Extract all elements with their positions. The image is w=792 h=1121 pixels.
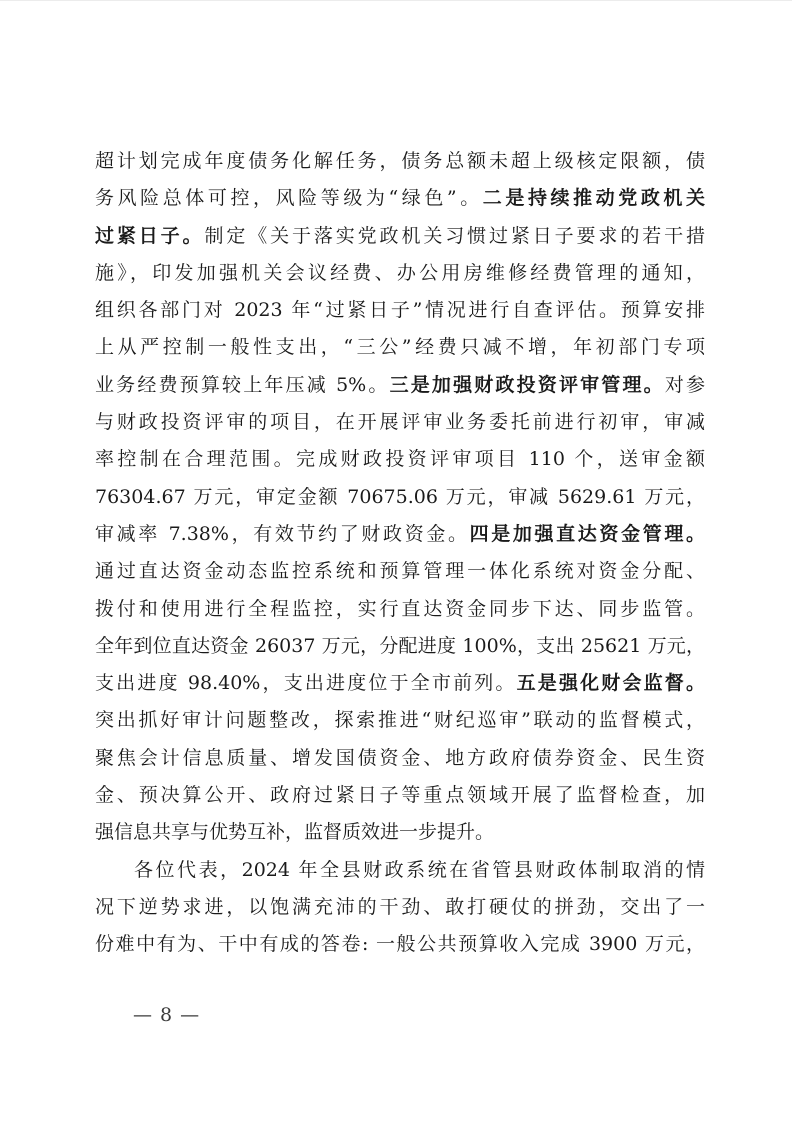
text-line: 与财政投资评审的项目，在开展评审业务委托前进行初审，审减 [95,404,705,441]
bold-heading-segment: 过紧日子。 [95,225,204,247]
text-segment: 务风险总体可控，风险等级为“绿色”。 [95,187,483,209]
text-line: 拨付和使用进行全程监控，实行直达资金同步下达、同步监管。 [95,591,705,628]
bold-heading-segment: 五是强化财会监督。 [517,672,705,694]
text-segment: 审减率 7.38%，有效节约了财政资金。 [95,523,470,545]
text-line: 超计划完成年度债务化解任务，债务总额未超上级核定限额，债 [95,143,705,180]
text-segment: 与财政投资评审的项目，在开展评审业务委托前进行初审，审减 [95,411,705,433]
text-line: 聚焦会计信息质量、增发国债资金、地方政府债券资金、民生资 [95,740,705,777]
text-segment: 组织各部门对 2023 年“过紧日子”情况进行自查评估。预算安排 [95,299,705,321]
text-line: 业务经费预算较上年压减 5%。三是加强财政投资评审管理。对参 [95,367,705,404]
text-segment: 况下逆势求进，以饱满充沛的干劲、敢打硬仗的拼劲，交出了一 [95,896,705,918]
text-segment: 制定《关于落实党政机关习惯过紧日子要求的若干措 [204,225,705,247]
text-line: 通过直达资金动态监控系统和预算管理一体化系统对资金分配、 [95,553,705,590]
text-line: 76304.67 万元，审定金额 70675.06 万元，审减 5629.61 … [95,479,705,516]
text-line: 率控制在合理范围。完成财政投资评审项目 110 个，送审金额 [95,441,705,478]
text-line: 份难中有为、干中有成的答卷: 一般公共预算收入完成 3900 万元， [95,926,705,963]
text-line: 全年到位直达资金 26037 万元，分配进度 100%，支出 25621 万元， [95,628,705,665]
text-line-paragraph-end: 强信息共享与优势互补，监督质效进一步提升。 [95,814,705,851]
text-segment: 76304.67 万元，审定金额 70675.06 万元，审减 5629.61 … [95,486,705,508]
text-line: 况下逆势求进，以饱满充沛的干劲、敢打硬仗的拼劲，交出了一 [95,889,705,926]
text-segment: 超计划完成年度债务化解任务，债务总额未超上级核定限额，债 [95,150,705,172]
page-number: — 8 — [133,1000,200,1030]
bold-heading-segment: 二是持续推动党政机关 [483,187,705,209]
text-line: 组织各部门对 2023 年“过紧日子”情况进行自查评估。预算安排 [95,292,705,329]
text-segment: 各位代表，2024 年全县财政系统在省管县财政体制取消的情 [134,859,705,881]
text-line: 施》，印发加强机关会议经费、办公用房维修经费管理的通知， [95,255,705,292]
bold-heading-segment: 四是加强直达资金管理。 [470,523,705,545]
text-segment: 业务经费预算较上年压减 5%。 [95,374,390,396]
text-segment: 通过直达资金动态监控系统和预算管理一体化系统对资金分配、 [95,560,705,582]
document-text-block: 超计划完成年度债务化解任务，债务总额未超上级核定限额，债 务风险总体可控，风险等… [95,143,705,964]
text-segment: 突出抓好审计问题整改，探索推进“财纪巡审”联动的监督模式， [95,709,705,731]
text-line-paragraph-start: 各位代表，2024 年全县财政系统在省管县财政体制取消的情 [95,852,705,889]
text-line: 上从严控制一般性支出，“三公”经费只减不增，年初部门专项 [95,329,705,366]
text-segment: 对参 [665,374,705,396]
text-segment: 全年到位直达资金 26037 万元，分配进度 100%，支出 25621 万元， [95,635,705,657]
text-segment: 金、预决算公开、政府过紧日子等重点领域开展了监督检查，加 [95,784,705,806]
page-top-edge [0,0,792,1]
text-segment: 率控制在合理范围。完成财政投资评审项目 110 个，送审金额 [95,448,705,470]
text-segment: 施》，印发加强机关会议经费、办公用房维修经费管理的通知， [95,262,705,284]
text-line: 务风险总体可控，风险等级为“绿色”。二是持续推动党政机关 [95,180,705,217]
text-segment: 支出进度 98.40%，支出进度位于全市前列。 [95,672,517,694]
text-segment: 强信息共享与优势互补，监督质效进一步提升。 [95,821,494,843]
text-segment: 拨付和使用进行全程监控，实行直达资金同步下达、同步监管。 [95,598,705,620]
text-line: 审减率 7.38%，有效节约了财政资金。四是加强直达资金管理。 [95,516,705,553]
text-segment: 聚焦会计信息质量、增发国债资金、地方政府债券资金、民生资 [95,747,705,769]
bold-heading-segment: 三是加强财政投资评审管理。 [390,374,665,396]
text-line: 支出进度 98.40%，支出进度位于全市前列。五是强化财会监督。 [95,665,705,702]
text-segment: 份难中有为、干中有成的答卷: 一般公共预算收入完成 3900 万元， [95,933,705,955]
text-segment: 上从严控制一般性支出，“三公”经费只减不增，年初部门专项 [95,336,705,358]
text-line: 突出抓好审计问题整改，探索推进“财纪巡审”联动的监督模式， [95,702,705,739]
text-line: 金、预决算公开、政府过紧日子等重点领域开展了监督检查，加 [95,777,705,814]
text-line: 过紧日子。制定《关于落实党政机关习惯过紧日子要求的若干措 [95,218,705,255]
